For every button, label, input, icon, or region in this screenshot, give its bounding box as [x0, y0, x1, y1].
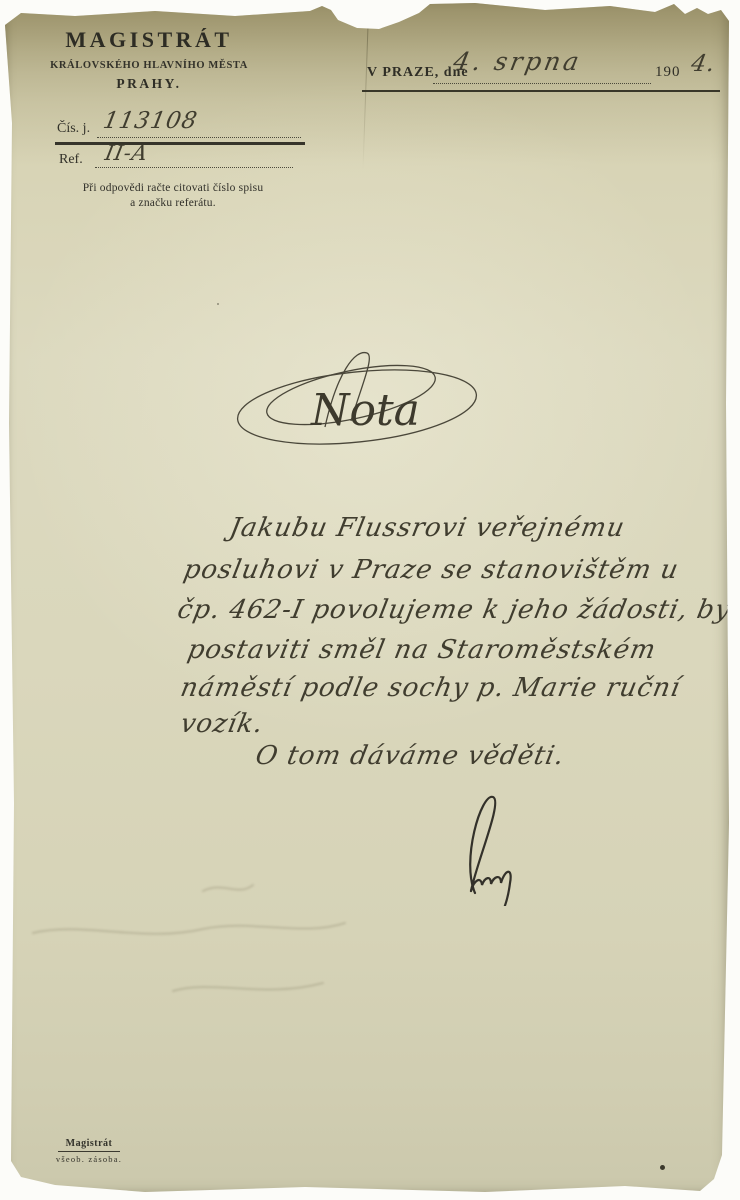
signature-scrawl: [429, 781, 579, 906]
dateline-rule: [362, 90, 720, 92]
body-line: náměstí podle sochy p. Marie ruční: [178, 673, 683, 703]
ref-label: Ref.: [59, 152, 83, 168]
printer-stamp: Magistrát všeob. zásoba.: [37, 1133, 141, 1164]
stamp-line2: všeob. zásoba.: [37, 1154, 141, 1164]
file-number-leader: [97, 137, 301, 138]
ref-leader: [95, 167, 293, 168]
dateline-year-printed: 190: [655, 64, 681, 81]
body-line: Jakubu Flussrovi veřejnému: [227, 513, 628, 543]
body-line: postaviti směl na Staroměstském: [185, 635, 659, 665]
dateline-leader: [433, 83, 651, 84]
document-title: Nota: [310, 385, 420, 436]
body-line: čp. 462-I povolujeme k jeho žádosti, by: [175, 595, 734, 625]
org-subtitle: KRÁLOVSKÉHO HLAVNÍHO MĚSTA: [27, 60, 271, 71]
body-line: posluhovi v Praze se stanovištěm u: [181, 555, 681, 585]
advisory-note: Při odpovědi račte citovati číslo spisu …: [21, 181, 325, 211]
org-city: PRAHY.: [27, 76, 271, 92]
stamp-line1: Magistrát: [58, 1138, 121, 1152]
paper-sheet: MAGISTRÁT KRÁLOVSKÉHO HLAVNÍHO MĚSTA PRA…: [5, 3, 729, 1195]
paper-crease: [362, 25, 368, 170]
dateline-date-value: 4. srpna: [451, 47, 584, 76]
body-line: O tom dáváme věděti.: [253, 741, 567, 771]
advisory-line2: a značku referátu.: [21, 196, 325, 211]
bleed-through-marks: [23, 871, 353, 1041]
advisory-line1: Při odpovědi račte citovati číslo spisu: [21, 181, 325, 196]
org-name: MAGISTRÁT: [27, 27, 271, 53]
dateline-year-written: 4.: [689, 51, 718, 77]
document-title-calligraphy: Nota: [233, 343, 483, 458]
filing-divider-rule: [55, 142, 305, 145]
file-number-label: Čís. j.: [57, 121, 90, 137]
paper-speck: [660, 1165, 665, 1170]
letterhead: MAGISTRÁT KRÁLOVSKÉHO HLAVNÍHO MĚSTA PRA…: [27, 27, 271, 92]
title-flourish: Nota: [233, 343, 483, 458]
paper-speck: [217, 303, 219, 305]
body-line: vozík.: [178, 709, 266, 739]
scanner-background: MAGISTRÁT KRÁLOVSKÉHO HLAVNÍHO MĚSTA PRA…: [0, 0, 740, 1200]
ref-value: II-A: [103, 141, 151, 165]
file-number-value: 113108: [101, 108, 200, 134]
